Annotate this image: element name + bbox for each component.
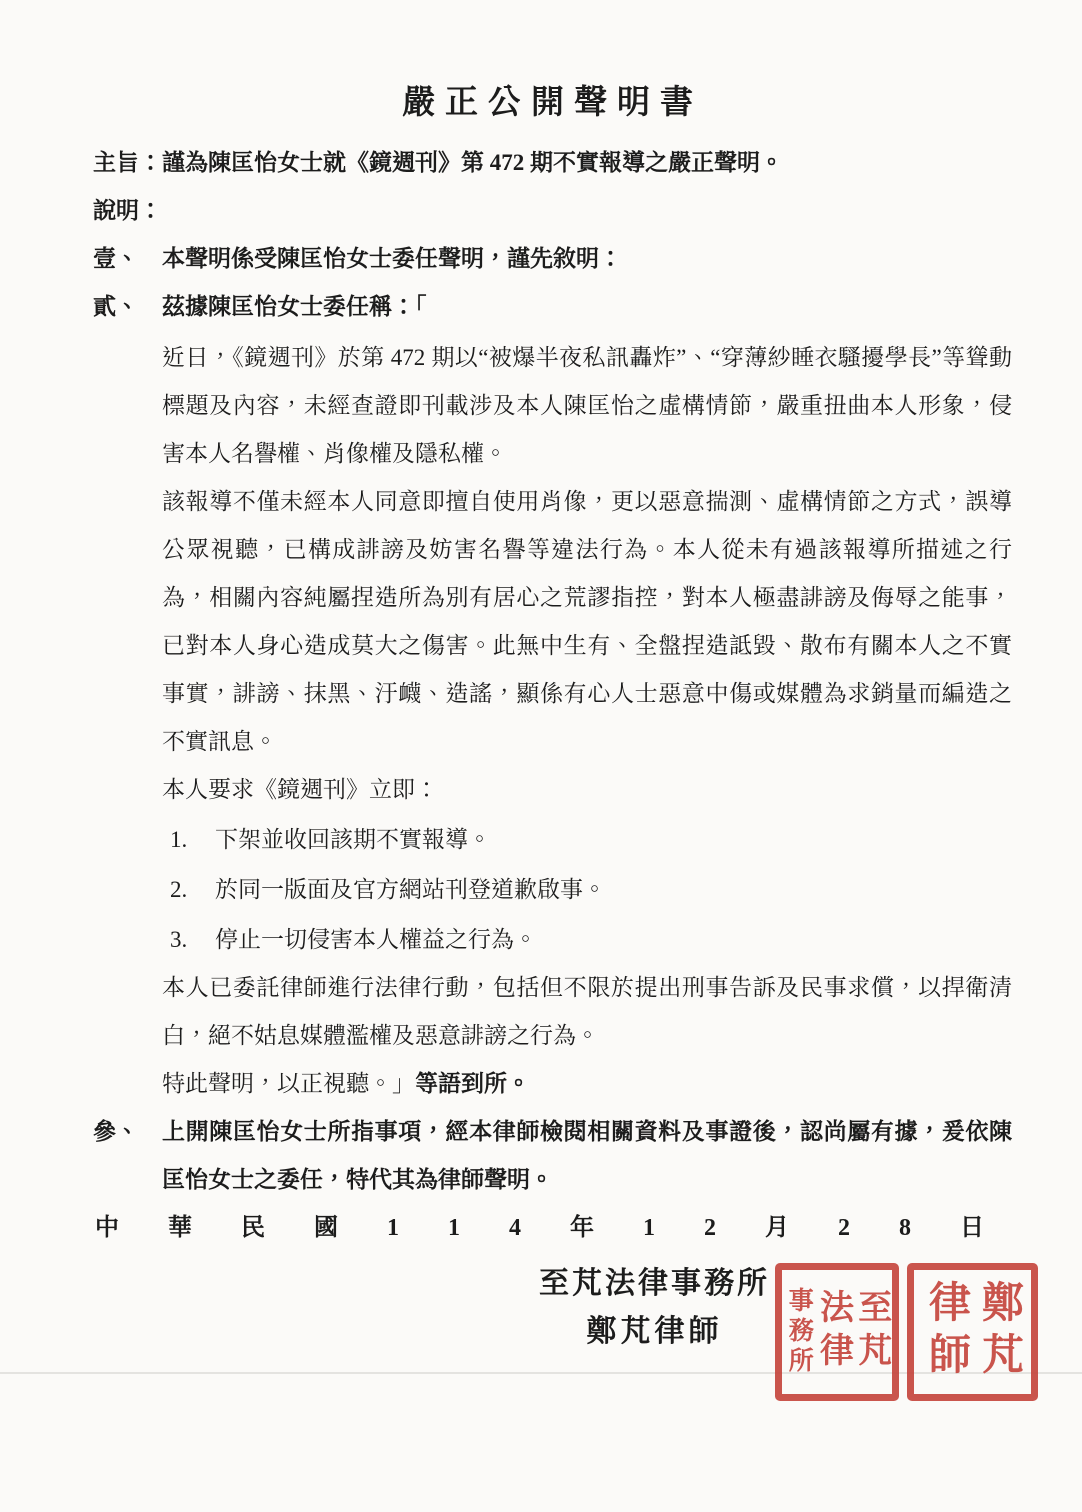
quoted-statement-block: 近日，《鏡週刊》於第 472 期以“被爆半夜私訊轟炸”、“穿薄紗睡衣騷擾學長”等… [162, 334, 1012, 1108]
demand-number-3: 3. [170, 916, 215, 964]
demand-item-3: 3. 停止一切侵害本人權益之行為。 [162, 916, 1012, 964]
quoted-paragraph-1: 近日，《鏡週刊》於第 472 期以“被爆半夜私訊轟炸”、“穿薄紗睡衣騷擾學長”等… [162, 334, 1012, 478]
lawyer-seal-column-right: 鄭芃 [978, 1280, 1020, 1384]
date-char: 1 [448, 1204, 460, 1252]
demand-item-2: 2. 於同一版面及官方網站刊登道歉啟事。 [162, 866, 1012, 914]
section-three-number: 參、 [93, 1108, 162, 1204]
section-two: 貳、 茲據陳匡怡女士委任稱：「 [93, 283, 1012, 331]
closing-suffix-bold: 等語到所。 [415, 1071, 530, 1096]
roc-date-line: 中 華 民 國 1 1 4 年 1 2 月 2 8 日 [95, 1204, 984, 1252]
subject-line: 主旨：謹為陳匡怡女士就《鏡週刊》第 472 期不實報導之嚴正聲明。 [93, 139, 1012, 187]
date-char: 4 [509, 1204, 521, 1252]
closing-line: 特此聲明，以正視聽。」等語到所。 [162, 1060, 1012, 1108]
date-char: 1 [643, 1204, 655, 1252]
demand-number-2: 2. [170, 866, 215, 914]
date-char: 2 [704, 1204, 716, 1252]
closing-text: 特此聲明，以正視聽。」 [162, 1071, 415, 1096]
demand-text-1: 下架並收回該期不實報導。 [215, 816, 491, 864]
request-intro-line: 本人要求《鏡週刊》立即： [162, 766, 1012, 814]
date-char: 2 [838, 1204, 850, 1252]
firm-seal-column-left: 事務所 [786, 1287, 811, 1377]
section-three-text: 上開陳匡怡女士所指事項，經本律師檢閱相關資料及事證後，認尚屬有據，爰依陳匡怡女士… [162, 1108, 1012, 1204]
legal-action-paragraph: 本人已委託律師進行法律行動，包括但不限於提出刑事告訴及民事求償，以捍衛清白，絕不… [162, 964, 1012, 1060]
firm-seal-column-right: 至芃 [854, 1289, 888, 1375]
date-char: 民 [241, 1204, 265, 1252]
demand-item-1: 1. 下架並收回該期不實報導。 [162, 816, 1012, 864]
date-char: 中 [95, 1204, 119, 1252]
section-one: 壹、 本聲明係受陳匡怡女士委任聲明，謹先敘明： [93, 235, 1012, 283]
section-three: 參、 上開陳匡怡女士所指事項，經本律師檢閱相關資料及事證後，認尚屬有據，爰依陳匡… [93, 1108, 1012, 1204]
lawyer-seal: 鄭芃 律師 [907, 1263, 1038, 1401]
demand-text-3: 停止一切侵害本人權益之行為。 [215, 916, 537, 964]
date-char: 1 [387, 1204, 399, 1252]
date-char: 年 [570, 1204, 594, 1252]
law-firm-name: 至芃法律事務所 [539, 1260, 770, 1308]
law-firm-seal: 至芃 法律 事務所 [775, 1263, 899, 1401]
section-two-text: 茲據陳匡怡女士委任稱：「 [162, 283, 1012, 331]
section-two-number: 貳、 [93, 283, 162, 331]
explanation-label: 說明： [93, 187, 1012, 235]
demand-text-2: 於同一版面及官方網站刊登道歉啟事。 [215, 866, 606, 914]
lawyer-name: 鄭芃律師 [539, 1308, 770, 1356]
date-char: 月 [765, 1204, 789, 1252]
section-one-text: 本聲明係受陳匡怡女士委任聲明，謹先敘明： [162, 235, 1012, 283]
document-title: 嚴正公開聲明書 [93, 82, 1012, 125]
date-char: 日 [960, 1204, 984, 1252]
firm-seal-column-middle: 法律 [816, 1289, 850, 1375]
section-one-number: 壹、 [93, 235, 162, 283]
date-char: 國 [314, 1204, 338, 1252]
date-char: 華 [168, 1204, 192, 1252]
quoted-paragraph-2: 該報導不僅未經本人同意即擅自使用肖像，更以惡意揣測、虛構情節之方式，誤導公眾視聽… [162, 478, 1012, 766]
statement-document-page: 嚴正公開聲明書 主旨：謹為陳匡怡女士就《鏡週刊》第 472 期不實報導之嚴正聲明… [0, 0, 1082, 1512]
date-char: 8 [899, 1204, 911, 1252]
lawyer-seal-column-left: 律師 [925, 1280, 967, 1384]
signature-block: 至芃法律事務所 鄭芃律師 [93, 1260, 770, 1356]
demand-number-1: 1. [170, 816, 215, 864]
